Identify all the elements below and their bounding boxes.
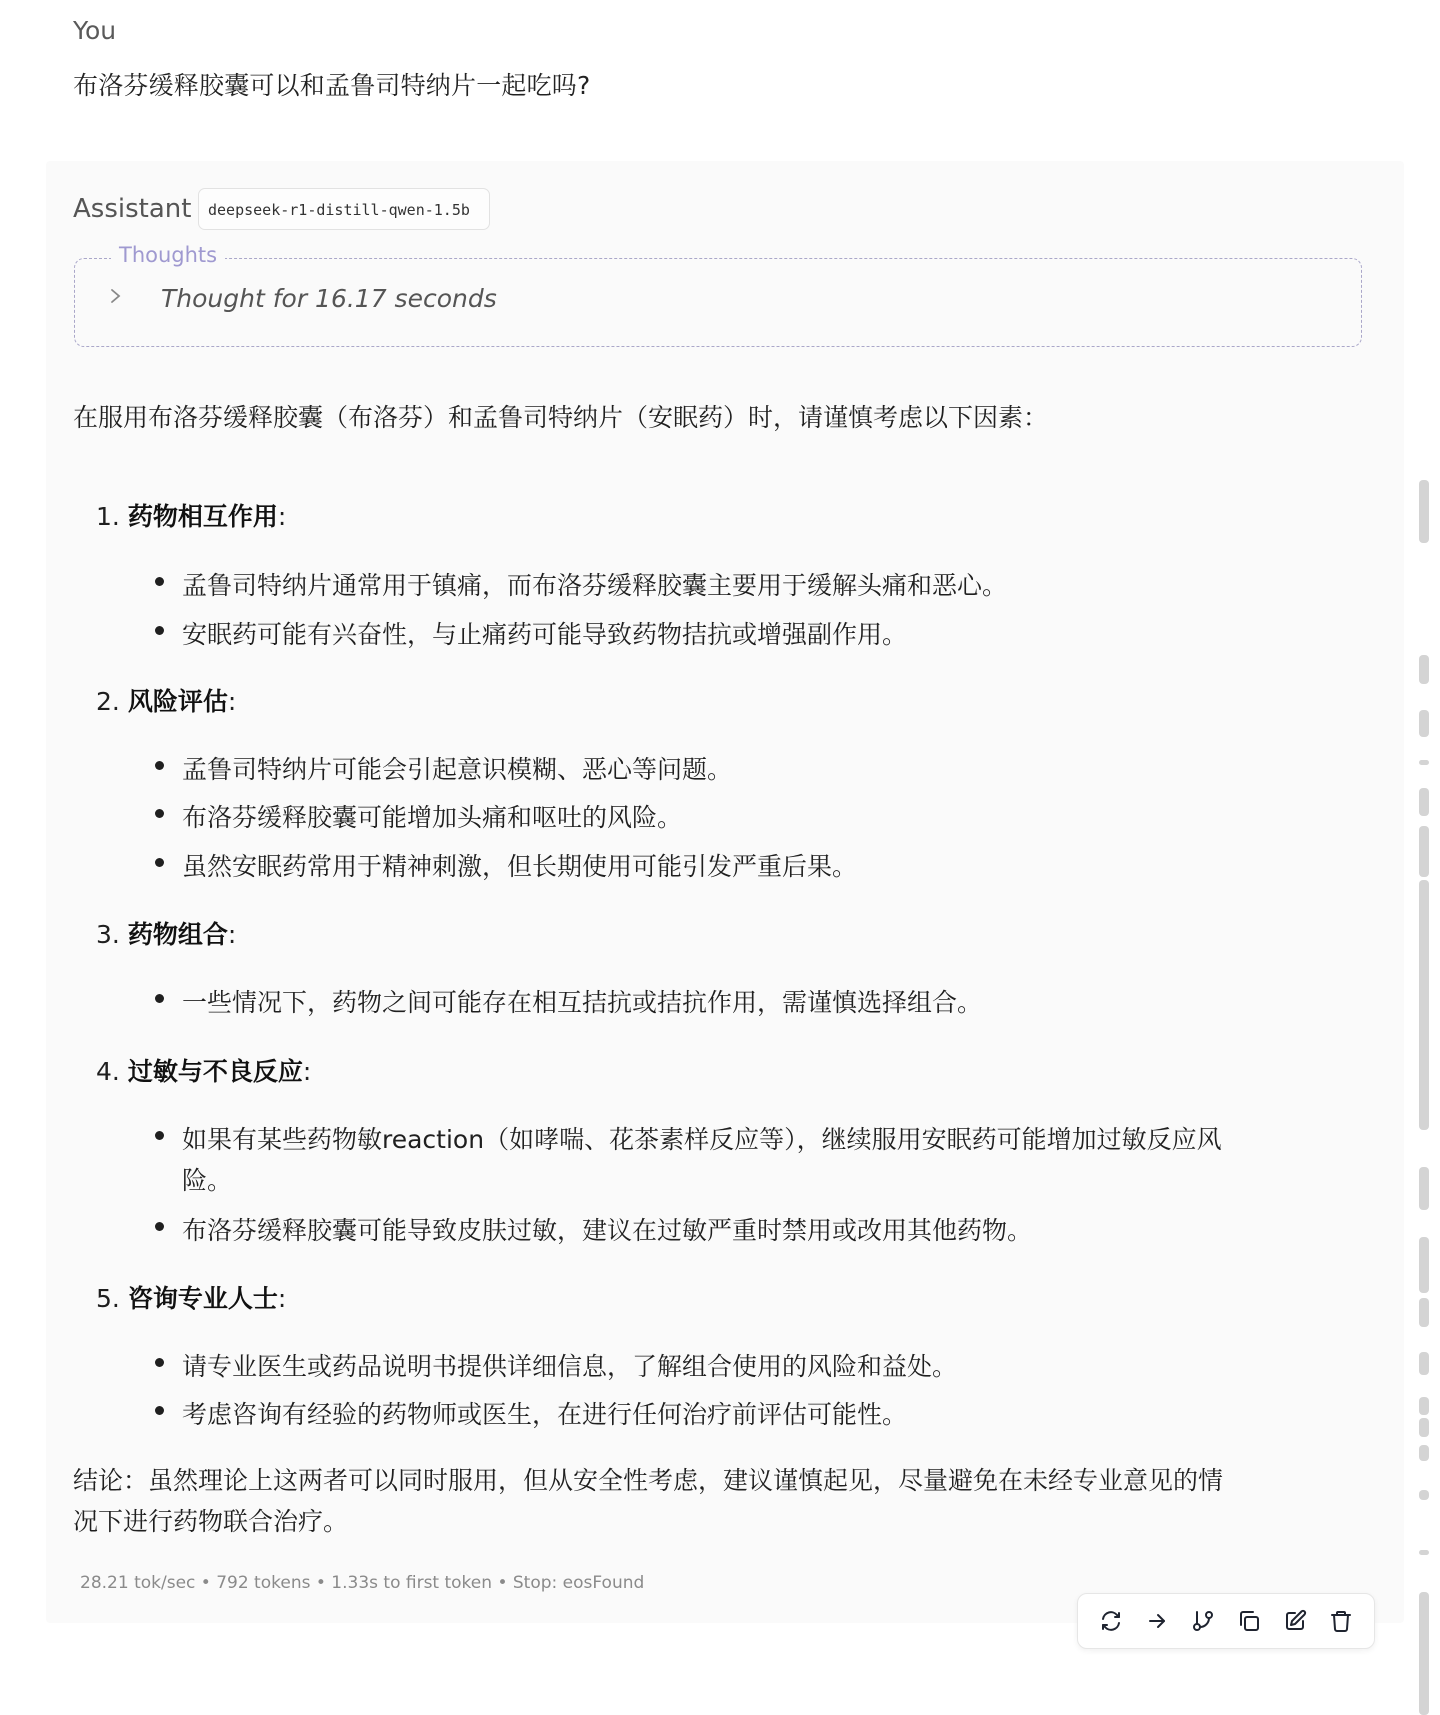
bullet-icon [155, 761, 164, 770]
message-action-toolbar [1077, 1593, 1375, 1649]
section-number: 2. [96, 687, 120, 716]
bullet-icon [155, 809, 164, 818]
assistant-message-card: Assistant deepseek-r1-distill-qwen-1.5b … [46, 161, 1404, 1623]
git-branch-icon [1191, 1609, 1215, 1633]
chevron-right-icon[interactable] [109, 285, 123, 313]
user-message-text: 布洛芬缓释胶囊可以和孟鲁司特纳片一起吃吗? [73, 66, 590, 102]
user-role-label: You [73, 16, 116, 45]
minimap-marker[interactable] [1419, 710, 1429, 737]
thoughts-summary[interactable]: Thought for 16.17 seconds [161, 284, 497, 313]
section-title: 药物组合 [128, 920, 228, 949]
section-suffix: : [278, 502, 286, 531]
list-item: 孟鲁司特纳片可能会引起意识模糊、恶心等问题。 [182, 750, 732, 786]
section-title: 药物相互作用 [128, 502, 278, 531]
bullet-icon [155, 1131, 164, 1140]
edit-button[interactable] [1278, 1604, 1312, 1638]
minimap-marker[interactable] [1419, 1167, 1429, 1210]
minimap-marker[interactable] [1419, 880, 1429, 1130]
minimap-marker[interactable] [1419, 1592, 1429, 1715]
section-suffix: : [228, 687, 236, 716]
model-badge: deepseek-r1-distill-qwen-1.5b [198, 188, 490, 230]
branch-button[interactable] [1186, 1604, 1220, 1638]
bullet-icon [155, 1406, 164, 1415]
list-item: 请专业医生或药品说明书提供详细信息，了解组合使用的风险和益处。 [182, 1347, 957, 1383]
minimap-marker[interactable] [1419, 760, 1429, 765]
section-suffix: : [303, 1057, 311, 1086]
edit-icon [1283, 1609, 1307, 1633]
continue-button[interactable] [1140, 1604, 1174, 1638]
generation-stats: 28.21 tok/sec • 792 tokens • 1.33s to fi… [80, 1573, 644, 1593]
bullet-icon [155, 1358, 164, 1367]
intro-paragraph: 在服用布洛芬缓释胶囊（布洛芬）和孟鲁司特纳片（安眠药）时，请谨慎考虑以下因素： [73, 398, 1048, 434]
section-suffix: : [278, 1284, 286, 1313]
minimap-marker[interactable] [1419, 1445, 1429, 1461]
section-heading-3: 3. 药物组合: [96, 915, 236, 951]
section-title: 风险评估 [128, 687, 228, 716]
minimap-marker[interactable] [1419, 1490, 1429, 1500]
minimap-marker[interactable] [1419, 826, 1429, 877]
section-number: 1. [96, 502, 120, 531]
section-title: 咨询专业人士 [128, 1284, 278, 1313]
minimap-marker[interactable] [1419, 1418, 1429, 1437]
list-item-continuation: 险。 [182, 1161, 232, 1197]
list-item: 安眠药可能有兴奋性，与止痛药可能导致药物拮抗或增强副作用。 [182, 615, 907, 651]
trash-icon [1329, 1609, 1353, 1633]
section-number: 5. [96, 1284, 120, 1313]
section-title: 过敏与不良反应 [128, 1057, 303, 1086]
minimap-marker[interactable] [1419, 1550, 1429, 1555]
section-number: 3. [96, 920, 120, 949]
delete-button[interactable] [1324, 1604, 1358, 1638]
regenerate-button[interactable] [1094, 1604, 1128, 1638]
minimap-marker[interactable] [1419, 480, 1429, 543]
conclusion-line-2: 况下进行药物联合治疗。 [73, 1502, 348, 1538]
list-item: 虽然安眠药常用于精神刺激，但长期使用可能引发严重后果。 [182, 847, 857, 883]
copy-button[interactable] [1232, 1604, 1266, 1638]
minimap-marker[interactable] [1419, 655, 1429, 684]
list-item: 布洛芬缓释胶囊可能导致皮肤过敏，建议在过敏严重时禁用或改用其他药物。 [182, 1211, 1032, 1247]
thoughts-panel[interactable]: Thoughts Thought for 16.17 seconds [74, 258, 1362, 347]
minimap-marker[interactable] [1419, 1298, 1429, 1327]
copy-icon [1237, 1609, 1261, 1633]
refresh-icon [1099, 1609, 1123, 1633]
minimap-marker[interactable] [1419, 1237, 1429, 1293]
list-item: 如果有某些药物敏reaction（如哮喘、花茶素样反应等），继续服用安眠药可能增… [182, 1120, 1222, 1156]
minimap-marker[interactable] [1419, 788, 1429, 816]
conversation-minimap[interactable] [1419, 0, 1429, 1715]
bullet-icon [155, 858, 164, 867]
section-suffix: : [228, 920, 236, 949]
conclusion-line-1: 结论：虽然理论上这两者可以同时服用，但从安全性考虑，建议谨慎起见，尽量避免在未经… [73, 1461, 1223, 1497]
section-number: 4. [96, 1057, 120, 1086]
section-heading-5: 5. 咨询专业人士: [96, 1279, 286, 1315]
bullet-icon [155, 577, 164, 586]
arrow-right-icon [1145, 1609, 1169, 1633]
minimap-marker[interactable] [1419, 1352, 1429, 1375]
bullet-icon [155, 626, 164, 635]
bullet-icon [155, 994, 164, 1003]
section-heading-2: 2. 风险评估: [96, 682, 236, 718]
section-heading-1: 1. 药物相互作用: [96, 497, 286, 533]
list-item: 布洛芬缓释胶囊可能增加头痛和呕吐的风险。 [182, 798, 682, 834]
list-item: 考虑咨询有经验的药物师或医生，在进行任何治疗前评估可能性。 [182, 1395, 907, 1431]
minimap-marker[interactable] [1419, 1397, 1429, 1415]
assistant-role-label: Assistant [73, 194, 191, 224]
section-heading-4: 4. 过敏与不良反应: [96, 1052, 311, 1088]
thoughts-legend: Thoughts [111, 243, 225, 267]
bullet-icon [155, 1222, 164, 1231]
list-item: 一些情况下，药物之间可能存在相互拮抗或拮抗作用，需谨慎选择组合。 [182, 983, 982, 1019]
list-item: 孟鲁司特纳片通常用于镇痛，而布洛芬缓释胶囊主要用于缓解头痛和恶心。 [182, 566, 1007, 602]
